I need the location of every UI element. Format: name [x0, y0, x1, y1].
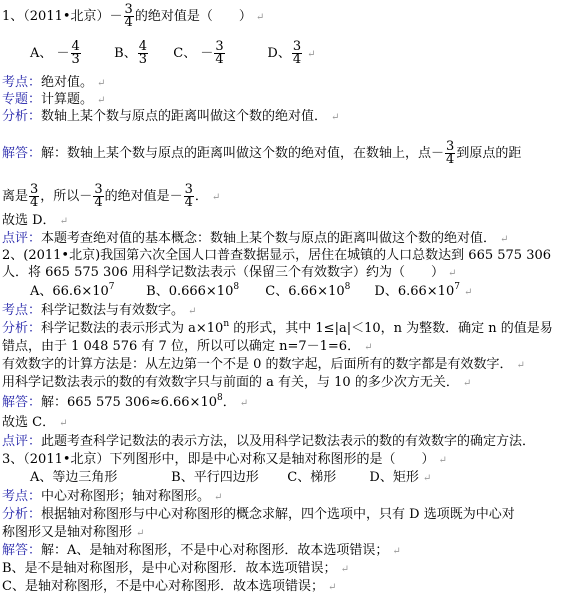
fraction: 43 [71, 41, 81, 66]
q2-kaodian: 考点：科学记数法与有效数字。↵ [2, 302, 196, 320]
q2-fenxi-line2: 错点，由于 1 048 576 有 7 位，所以可以确定 n=7－1=6．↵ [2, 338, 372, 356]
q1-kaodian: 考点：绝对值。↵ [2, 74, 105, 92]
q3-jieda-line2: B、是不是轴对称图形，是中心对称图形．故本选项错误；↵ [2, 560, 349, 578]
denominator: 4 [445, 154, 455, 166]
q3-option-c[interactable]: C、梯形 [287, 469, 365, 486]
q1-dianping: 点评：本题考查绝对值的基本概念：数轴上某个数与原点的距离叫做这个数的绝对值．↵ [2, 230, 508, 248]
exponent: 7 [109, 282, 115, 292]
q2-jieda: 解答：解：665 575 306≈6.66×108．↵ [2, 394, 248, 412]
q2-options: A、66.6×107 B、0.666×108 C、6.66×108 D、6.66… [30, 283, 472, 301]
q2-fenxi-line1: 分析：科学记数法的表示形式为 a×10n 的形式，其中 1≤|a|＜10，n 为… [2, 320, 553, 337]
section-label: 专题： [2, 92, 41, 107]
text: ． [195, 189, 208, 204]
q2-guxuan: 故选 C．↵ [2, 414, 67, 432]
q3-option-b[interactable]: B、平行四边形 [171, 469, 283, 486]
denominator: 4 [184, 197, 194, 209]
section-text: ． [223, 395, 236, 410]
section-label: 考点： [2, 75, 41, 90]
q2-option-a[interactable]: A、66.6×107 [30, 283, 142, 300]
paragraph-mark-icon: ↵ [256, 12, 264, 23]
paragraph-mark-icon: ↵ [97, 78, 105, 89]
q2-stem-line2: 人．将 665 575 306 用科学记数法表示（保留三个有效数字）约为（ ）↵ [2, 264, 456, 282]
denominator: 4 [29, 197, 39, 209]
denominator: 4 [214, 54, 224, 66]
denominator: 4 [93, 197, 103, 209]
denominator: 3 [71, 54, 81, 66]
q1-zhuanti: 专题：计算题。↵ [2, 91, 105, 109]
text: 用科学记数法表示的数的有效数字只与前面的 a 有关，与 10 的多少次方无关． [2, 375, 459, 390]
paragraph-mark-icon: ↵ [464, 287, 472, 298]
exponent: 8 [233, 282, 239, 292]
q3-option-d[interactable]: D、矩形 [369, 469, 418, 486]
q1-option-a[interactable]: A、 －43 [30, 41, 110, 66]
paragraph-mark-icon: ↵ [500, 234, 508, 245]
paragraph-mark-icon: ↵ [60, 216, 68, 227]
q2-stem-line1: 2、(2011•北京)我国第六次全国人口普查数据显示，居住在城镇的人口总数达到 … [2, 247, 551, 264]
q2-fenxi-line4: 用科学记数法表示的数的有效数字只与前面的 a 有关，与 10 的多少次方无关．↵ [2, 374, 471, 392]
section-text: 根据轴对称图形与中心对称图形的概念求解，四个选项中，只有 D 选项既为中心对 [41, 507, 515, 522]
section-label: 点评： [2, 434, 41, 449]
section-label: 分析： [2, 507, 41, 522]
q1-fenxi: 分析：数轴上某个数与原点的距离叫做这个数的绝对值．↵ [2, 108, 339, 126]
section-label: 考点： [2, 303, 41, 318]
fraction: 34 [124, 4, 134, 29]
q1-stem: 1、（2011•北京）－34的绝对值是（ ）↵ [2, 4, 264, 29]
fraction: 34 [214, 41, 224, 66]
paragraph-mark-icon: ↵ [364, 342, 372, 353]
q1-guxuan: 故选 D．↵ [2, 212, 68, 230]
section-text: 解：数轴上某个数与原点的距离叫做这个数的绝对值，在数轴上，点－ [41, 146, 444, 161]
fraction: 34 [445, 141, 455, 166]
q2-option-d[interactable]: D、6.66×107 [374, 283, 460, 300]
section-text: 科学记数法与有效数字。 [41, 303, 184, 318]
fraction: 34 [93, 184, 103, 209]
section-text: 科学记数法的表示形式为 a×10 [41, 321, 223, 336]
text: 的绝对值是－ [105, 189, 183, 204]
neg-sign: － [200, 46, 213, 61]
q3-jieda-line3: C、是轴对称图形，不是中心对称图形．故本选项错误；↵ [2, 578, 336, 595]
paragraph-mark-icon: ↵ [328, 582, 336, 593]
section-text: 数轴上某个数与原点的距离叫做这个数的绝对值． [41, 109, 327, 124]
paragraph-mark-icon: ↵ [463, 378, 471, 389]
option-label: D、 [267, 46, 290, 61]
paragraph-mark-icon: ↵ [136, 528, 144, 539]
text: 称图形又是轴对称图形 [2, 525, 132, 540]
answer-text: 故选 C． [2, 415, 55, 430]
text: C、是轴对称图形，不是中心对称图形．故本选项错误； [2, 579, 324, 594]
text: B、是不是轴对称图形，是中心对称图形．故本选项错误； [2, 561, 337, 576]
q1-jieda-line1: 解答：解：数轴上某个数与原点的距离叫做这个数的绝对值，在数轴上，点－34到原点的… [2, 141, 521, 166]
fraction: 34 [29, 184, 39, 209]
paragraph-mark-icon: ↵ [214, 492, 222, 503]
q1-options: A、 －43 B、43 C、 －34 D、34↵ [30, 41, 316, 66]
section-text: 本题考查绝对值的基本概念：数轴上某个数与原点的距离叫做这个数的绝对值． [41, 231, 496, 246]
option-label: C、 [173, 46, 196, 61]
paragraph-mark-icon: ↵ [423, 473, 431, 484]
exponent: 8 [345, 282, 351, 292]
section-label: 分析： [2, 109, 41, 124]
paragraph-mark-icon: ↵ [97, 95, 105, 106]
option-label: B、0.666×10 [146, 284, 233, 299]
section-label: 解答： [2, 395, 41, 410]
q3-kaodian: 考点：中心对称图形；轴对称图形。↵ [2, 488, 222, 506]
paragraph-mark-icon: ↵ [331, 112, 339, 123]
q3-stem: 3、（2011•北京）下列图形中，即是中心对称又是轴对称图形的是（ ）↵ [2, 451, 447, 469]
paragraph-mark-icon: ↵ [240, 398, 248, 409]
section-text: 解：665 575 306≈6.66×10 [41, 395, 217, 410]
section-label: 解答： [2, 146, 41, 161]
q1-option-b[interactable]: B、43 [114, 41, 169, 66]
neg-sign: － [57, 46, 70, 61]
q3-fenxi-line2: 称图形又是轴对称图形↵ [2, 524, 144, 542]
text: 离是 [2, 189, 28, 204]
section-text: 绝对值。 [41, 75, 93, 90]
q1-option-c[interactable]: C、 －34 [173, 41, 263, 66]
option-label: B、 [114, 46, 137, 61]
paragraph-mark-icon: ↵ [392, 546, 400, 557]
exponent: 7 [454, 282, 460, 292]
text: 有效数字的计算方法是：从左边第一个不是 0 的数字起，后面所有的数字都是有效数字… [2, 357, 513, 372]
option-label: A、 [30, 46, 52, 61]
paragraph-mark-icon: ↵ [212, 192, 220, 203]
section-text: 解：A、是轴对称图形，不是中心对称图形．故本选项错误； [41, 543, 388, 558]
neg-sign: － [110, 9, 123, 24]
denominator: 4 [124, 17, 134, 29]
text: 2、(2011•北京)我国第六次全国人口普查数据显示，居住在城镇的人口总数达到 … [2, 248, 551, 263]
section-label: 点评： [2, 231, 41, 246]
text: 人．将 665 575 306 用科学记数法表示（保留三个有效数字）约为（ ） [2, 265, 444, 280]
q1-stem-prefix: 1、（2011•北京） [2, 9, 110, 24]
q2-dianping: 点评：此题考查科学记数法的表示方法，以及用科学记数法表示的数的有效数字的确定方法… [2, 433, 535, 450]
denominator: 4 [292, 54, 302, 66]
section-text: 此题考查科学记数法的表示方法，以及用科学记数法表示的数的有效数字的确定方法． [41, 434, 535, 449]
section-text: 中心对称图形；轴对称图形。 [41, 489, 210, 504]
option-label: D、6.66×10 [374, 284, 454, 299]
q2-option-c[interactable]: C、6.66×108 [265, 283, 370, 300]
answer-text: 故选 D． [2, 213, 56, 228]
fraction: 43 [138, 41, 148, 66]
paragraph-mark-icon: ↵ [188, 306, 196, 317]
q3-jieda-line1: 解答：解：A、是轴对称图形，不是中心对称图形．故本选项错误；↵ [2, 542, 401, 560]
option-label: A、66.6×10 [30, 284, 109, 299]
q2-fenxi-line3: 有效数字的计算方法是：从左边第一个不是 0 的数字起，后面所有的数字都是有效数字… [2, 356, 525, 374]
text: 3、（2011•北京）下列图形中，即是中心对称又是轴对称图形的是（ ） [2, 452, 435, 467]
fraction: 34 [292, 41, 302, 66]
q3-fenxi-line1: 分析：根据轴对称图形与中心对称图形的概念求解，四个选项中，只有 D 选项既为中心… [2, 506, 515, 523]
q3-options: A、等边三角形 B、平行四边形 C、梯形 D、矩形↵ [30, 469, 431, 487]
paragraph-mark-icon: ↵ [448, 268, 456, 279]
section-text: 到原点的距 [456, 146, 521, 161]
q1-jieda-line2: 离是34，所以－34的绝对值是－34．↵ [2, 184, 220, 209]
section-label: 解答： [2, 543, 41, 558]
section-label: 分析： [2, 321, 41, 336]
q1-option-d[interactable]: D、34 [267, 41, 303, 66]
denominator: 3 [138, 54, 148, 66]
paragraph-mark-icon: ↵ [307, 49, 315, 60]
text: 错点，由于 1 048 576 有 7 位，所以可以确定 n=7－1=6． [2, 339, 360, 354]
section-text: 的形式，其中 1≤|a|＜10，n 为整数．确定 n 的值是易 [229, 321, 553, 336]
option-label: C、6.66×10 [265, 284, 344, 299]
q3-option-a[interactable]: A、等边三角形 [30, 469, 167, 486]
paragraph-mark-icon: ↵ [439, 455, 447, 466]
paragraph-mark-icon: ↵ [517, 360, 525, 371]
paragraph-mark-icon: ↵ [59, 418, 67, 429]
text: ，所以－ [40, 189, 92, 204]
paragraph-mark-icon: ↵ [341, 564, 349, 575]
q1-stem-suffix: 的绝对值是（ ） [135, 9, 252, 24]
fraction: 34 [184, 184, 194, 209]
q2-option-b[interactable]: B、0.666×108 [146, 283, 261, 300]
section-label: 考点： [2, 489, 41, 504]
section-text: 计算题。 [41, 92, 93, 107]
